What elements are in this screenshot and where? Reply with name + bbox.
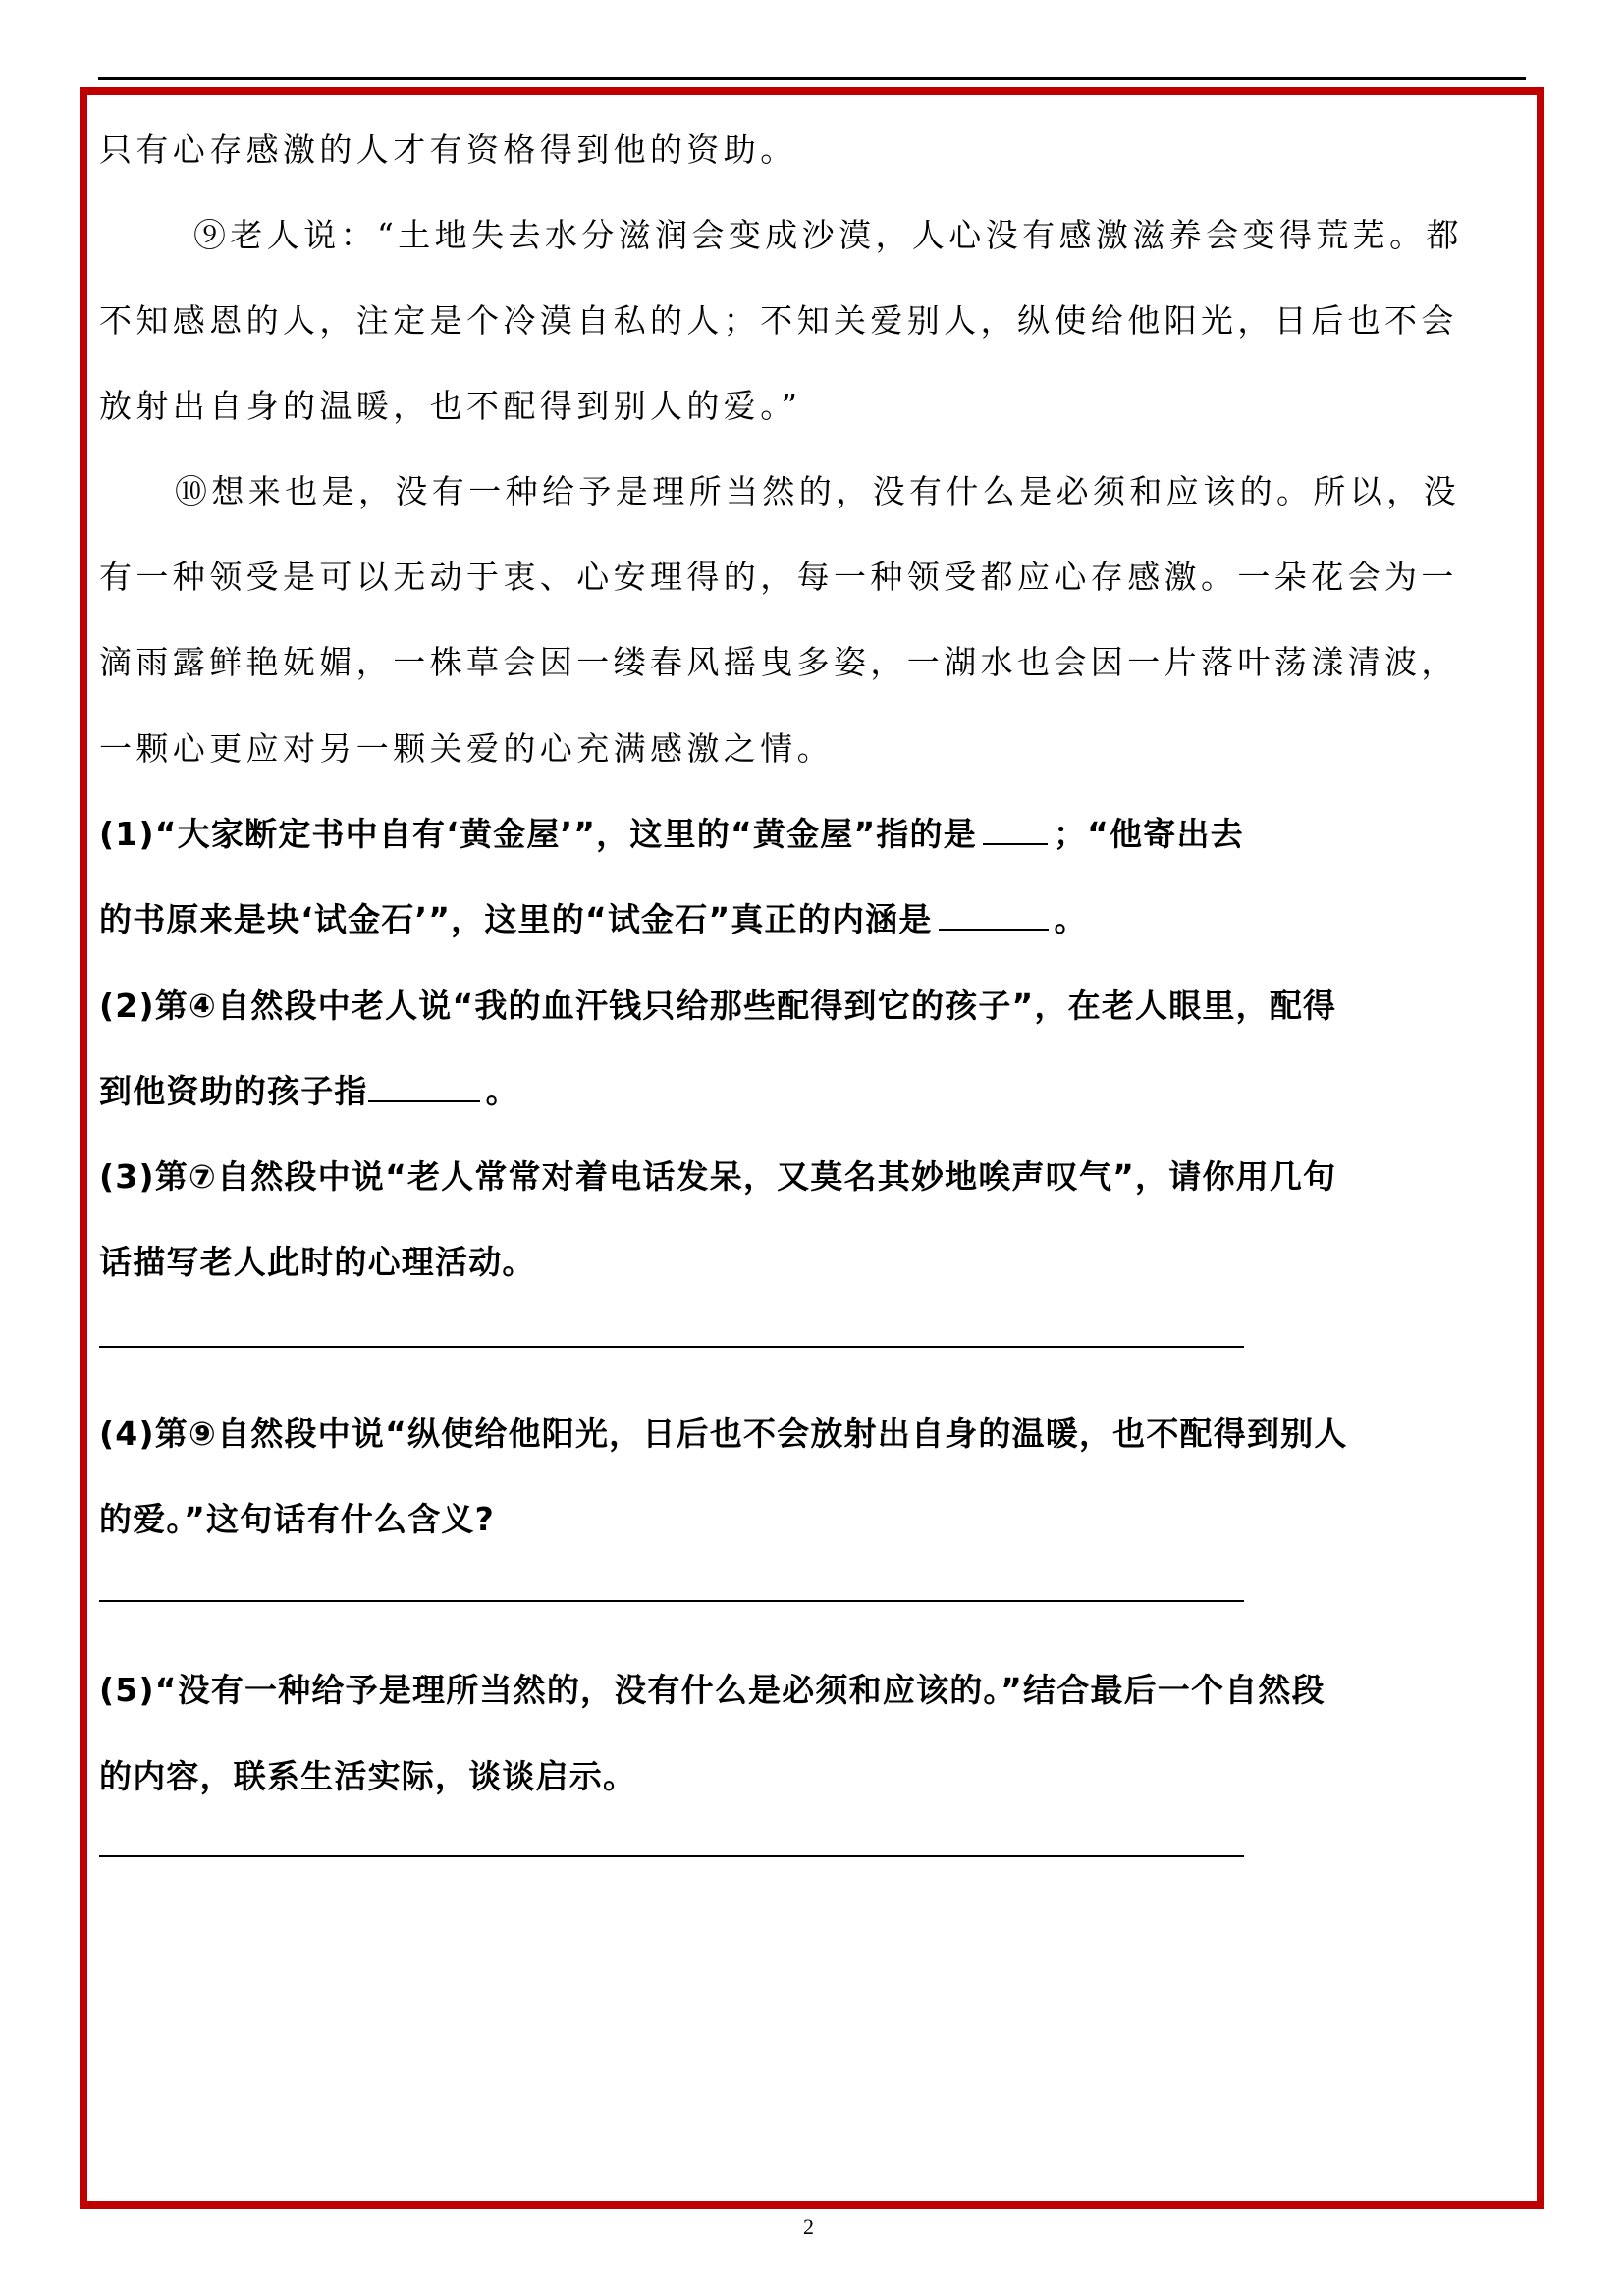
question-2-line-1: (2)第④自然段中老人说“我的血汗钱只给那些配得到它的孩子”，在老人眼里，配得 [99,981,1336,1027]
page-number: 2 [803,2215,814,2240]
question-1-blank-1[interactable] [983,816,1048,845]
question-4-answer-line[interactable] [99,1600,1244,1602]
passage-paragraph-10-line-4: 一颗心更应对另一颗关爱的心充满感激之情。 [99,723,834,770]
passage-paragraph-10-line-2: 有一种领受是可以无动于衷、心安理得的，每一种领受都应心存感激。一朵花会为一 [99,552,1458,598]
question-2-blank[interactable] [368,1073,480,1102]
passage-paragraph-10-line-3: 滴雨露鲜艳妩媚，一株草会因一缕春风摇曳多姿，一湖水也会因一片落叶荡漾清波， [99,637,1458,683]
header-rule [98,77,1526,80]
passage-line-1: 只有心存感激的人才有资格得到他的资助。 [99,125,797,171]
question-1-text-d: 。 [1055,900,1088,938]
question-3-line-2: 话描写老人此时的心理活动。 [99,1237,536,1283]
passage-paragraph-9-line-1: ⑨老人说：“土地失去水分滋润会变成沙漠，人心没有感激滋养会变得荒芜。都 [193,210,1463,256]
question-1-line-2: 的书原来是块‘试金石’”，这里的“试金石”真正的内涵是。 [99,894,1088,940]
question-4-line-1: (4)第⑨自然段中说“纵使给他阳光，日后也不会放射出自身的温暖，也不配得到别人 [99,1409,1348,1455]
passage-paragraph-9-line-2: 不知感恩的人，注定是个冷漠自私的人；不知关爱别人，纵使给他阳光，日后也不会 [99,295,1458,342]
passage-paragraph-9-line-3: 放射出自身的温暖，也不配得到别人的爱。” [99,381,801,427]
question-5-line-1: (5)“没有一种给予是理所当然的，没有什么是必须和应该的。”结合最后一个自然段 [99,1665,1326,1711]
question-5-line-2: 的内容，联系生活实际，谈谈启示。 [99,1751,636,1797]
question-1-text-b: ；“他寄出去 [1054,815,1244,853]
question-1-text-a: (1)“大家断定书中自有‘黄金屋’”，这里的“黄金屋”指的是 [99,815,977,853]
question-1-blank-2[interactable] [939,901,1049,931]
question-1-text-c: 的书原来是块‘试金石’”，这里的“试金石”真正的内涵是 [99,900,933,938]
question-1-line-1: (1)“大家断定书中自有‘黄金屋’”，这里的“黄金屋”指的是；“他寄出去 [99,809,1244,855]
question-2-line-2: 到他资助的孩子指。 [99,1066,519,1112]
question-2-text-b: 。 [486,1072,519,1110]
question-3-line-1: (3)第⑦自然段中说“老人常常对着电话发呆，又莫名其妙地唉声叹气”，请你用几句 [99,1151,1336,1198]
question-4-line-2: 的爱。”这句话有什么含义? [99,1494,495,1540]
question-5-answer-line[interactable] [99,1855,1244,1857]
question-2-text-a: 到他资助的孩子指 [99,1072,368,1110]
question-3-answer-line[interactable] [99,1346,1244,1348]
passage-paragraph-10-line-1: ⑩想来也是，没有一种给予是理所当然的，没有什么是必须和应该的。所以，没 [175,466,1460,512]
